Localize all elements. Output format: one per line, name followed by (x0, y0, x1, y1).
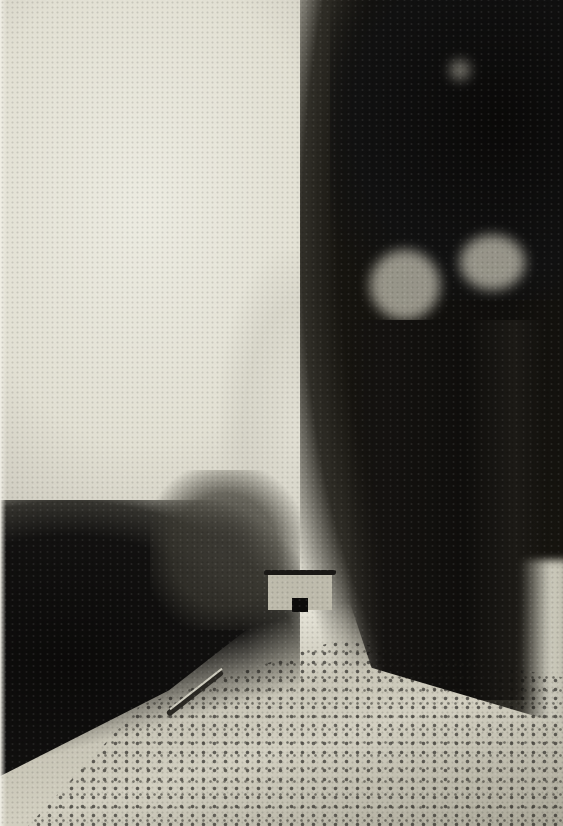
foliage-highlight (370, 250, 440, 320)
hut-roof (264, 570, 337, 575)
tree-trunks (345, 320, 545, 700)
photograph (0, 0, 563, 826)
foliage-highlight (450, 60, 470, 80)
hut-door (292, 598, 308, 612)
tree-canopy (330, 0, 563, 300)
photo-border (0, 0, 6, 826)
foliage-highlight (460, 235, 525, 290)
